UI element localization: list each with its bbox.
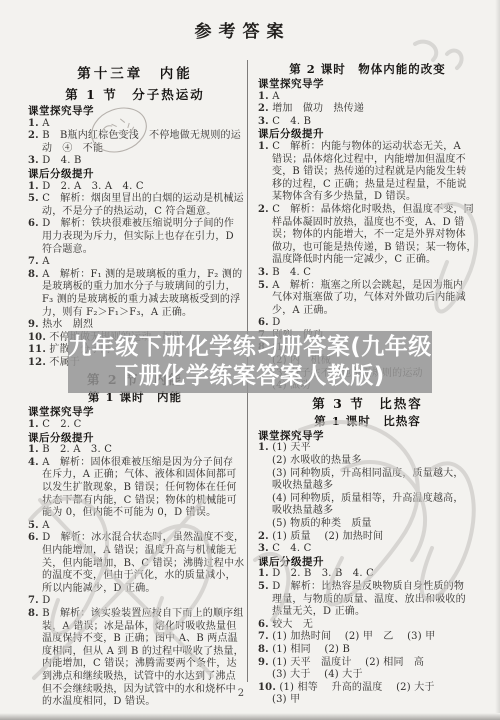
answer-line: 温度保持不变，B 正确；图中 A、B 两点温 [28,633,242,646]
block-subheading: 课后分级提升 [28,432,242,445]
answer-line: (3) 大于 (4) 大于 [258,669,477,682]
answer-line: (4) 同种物质，质量相等，升高温度越高， [258,493,477,506]
answer-line: 1. B 2. A 3. C [28,444,242,457]
answer-line: 某物体含有多少热量，D 错误。 [258,191,477,204]
answer-line: 8. (1) 相同 (2) B [258,644,477,657]
answer-line: 8. B 解析：该实验装置应按自下而上的顺序组 [28,608,242,621]
block-subheading: 课后分级提升 [258,128,477,141]
answer-line: 1. C 解析：内能与物体的运动状态无关，A [258,141,477,154]
page-title: 参考答案 [0,26,485,39]
block-subheading: 课堂探究导学 [28,406,242,419]
answer-line: 1. (1) 天平 [258,442,477,455]
block-subheading: 课后分级提升 [28,168,242,181]
answer-line: 关，但内能增加，B、C 错误；沸腾过程中水 [28,558,242,571]
answer-line: 所以内能减少，D 正确。 [28,583,242,596]
answer-line: (5) 物质的种类 质量 [258,518,477,531]
answer-line: 1. D 2. A 3. A 4. C [28,181,242,194]
scan-right-edge-shadow [495,0,500,720]
block-subheading: 课堂探究导学 [28,105,242,118]
answer-line: 是玻璃板的重力加水分子与玻璃间的引力， [28,281,242,294]
block-subheading: 课后分级提升 [258,556,477,569]
answer-line: 变，B 错误；热传递的过程就是内能发生转 [258,166,477,179]
answer-line: 样晶体凝固时放热，温度也不变，A、D 错 [258,217,477,230]
answer-line: 6. D [258,317,477,330]
answer-line: 到沸点和继续吸热，试管中的水达到了沸点 [28,671,242,684]
answer-line: 但内能增加，A 错误；温度升高与机械能无 [28,545,242,558]
answer-line: 5. C 解析：烟囱里冒出的白烟的运动是机械运 [28,193,242,206]
answer-line: 3. B 4. C [258,267,477,280]
answer-line: 2. C 解析：晶体熔化时吸热，但温度不变，同 [258,204,477,217]
answer-line: (2) 水吸收的热量多 [258,455,477,468]
overlay-title-line1: 九年级下册化学练习册答案(九年级 [68,333,432,362]
answer-line: 3. C 4. B [258,116,477,129]
answer-line: 9. (1) 天平 温度计 (2) 相同 高 [258,657,477,670]
answer-line: 7. A [28,256,242,269]
answer-line: 2. B B瓶内红棕色变浅 不停地做无规则的运 [28,130,242,143]
answer-line: 移的过程，C 正确；热量是过程量，不能说 [258,179,477,192]
answer-line: 在斥力，A 正确；气体、液体和固体间都可 [28,469,242,482]
answer-line: 5. D 解析：比热容是反映物质自身性质的物 [258,581,477,594]
answer-line: 3. D 4. B [28,155,242,168]
answer-key-page: 参考答案 第十三章 内能第 1 节 分子热运动课堂探究导学1. A2. B B瓶… [0,0,500,720]
answer-line: 7. (1) 加热时间 (2) 甲 乙 (3) 甲 [258,631,477,644]
block-subheading: 课堂探究导学 [258,78,477,91]
answer-line: 做功，也可能是热传递，B 错误；某一物体， [258,242,477,255]
answer-line: 7. D [28,595,242,608]
answer-line: 1. A [28,118,242,131]
answer-line: 1. C 2. C [28,419,242,432]
answer-line: 少，A 正确。 [258,305,477,318]
answer-line: 内能增加，C 错误；沸腾需要两个条件，达 [28,658,242,671]
lesson-heading: 第 2 课时 物体内能的改变 [258,62,477,76]
answer-line: 吸收热量越多 [258,505,477,518]
answer-line: 状态下都有内能，C 错误；物体的机械能可 [28,495,242,508]
answer-line: 能为 0，但内能不可能为 0，D 错误。 [28,507,242,520]
answer-line: 以发生扩散现象，B 错误；任何物体在任何 [28,482,242,495]
answer-line: 气体对瓶塞做了功，气体对外做功后内能减 [258,292,477,305]
answer-line: 符合题意。 [28,244,242,257]
answer-line: 2. 增加 做功 热传递 [258,103,477,116]
section-heading: 第 3 节 比热容 [258,396,477,411]
answer-line: 误；物体的内能增大，不一定是外界对物体 [258,229,477,242]
answer-line: 1. A [258,91,477,104]
answer-line: 理量，与物质的质量、温度、放出和吸收的 [258,594,477,607]
answer-line: 9. 热水 剧烈 [28,319,242,332]
answer-line: 5. A [28,520,242,533]
lesson-heading: 第 1 课时 比热容 [258,414,477,428]
answer-line: 8. A 解析：F₁ 测的是玻璃板的重力，F₂ 测的 [28,269,242,282]
answer-line: 错误；晶体熔化过程中，内能增加但温度不 [258,154,477,167]
answer-line: 的温度不变，但由于汽化，水的质量减小， [28,570,242,583]
answer-line: (3) 同种物质，升高相同温度，质量越大， [258,468,477,481]
answer-line: 用力表现为斥力，但实际上也存在引力，D [28,231,242,244]
answer-line: F₃ 测的是玻璃板的重力减去玻璃板受到的浮 [28,294,242,307]
answer-line: 装，A 错误；冰是晶体，熔化时吸收热量但 [28,621,242,634]
answer-line: 6. 较大 无 [258,619,477,632]
answer-line: 1. D 2. B 3. B 4. C [258,568,477,581]
answer-line: 4. A 解析：固体很难被压缩是因为分子间存 [28,457,242,470]
answer-line: 力，则有 F₂＞F₁＞F₃，A 正确。 [28,307,242,320]
overlay-title-banner: 九年级下册化学练习册答案(九年级 下册化学练案答案人教版) [68,331,432,393]
block-subheading: 课堂探究导学 [258,430,477,443]
section-heading: 第 1 节 分子热运动 [28,87,242,102]
overlay-title-line2: 下册化学练案答案人教版) [115,362,385,391]
answer-line: 温度降低时内能一定减少，C 正确。 [258,254,477,267]
answer-line: 热量无关，D 正确。 [258,606,477,619]
scan-bottom-edge-shadow [0,713,500,720]
page-number: 2 [0,688,482,701]
answer-line: 动 ④ 不能 [28,143,242,156]
answer-line: 3. C 4. C [258,543,477,556]
answer-line: 度相同，但从 A 到 B 的过程中吸收了热量， [28,646,242,659]
answer-line: 动，不是分子的热运动，C 符合题意。 [28,206,242,219]
answer-line: 6. D 解析：冰水混合状态时，虽然温度不变， [28,532,242,545]
answer-line: 2. (1) 质量 (2) 加热时间 [258,531,477,544]
answer-line: 吸收热量越多 [258,480,477,493]
answer-line: 6. D 解析：铁块很难被压缩说明分子间的作 [28,218,242,231]
chapter-heading: 第十三章 内能 [28,66,242,82]
answer-line: 5. A 解析：瓶塞之所以会跳起，是因为瓶内 [258,280,477,293]
